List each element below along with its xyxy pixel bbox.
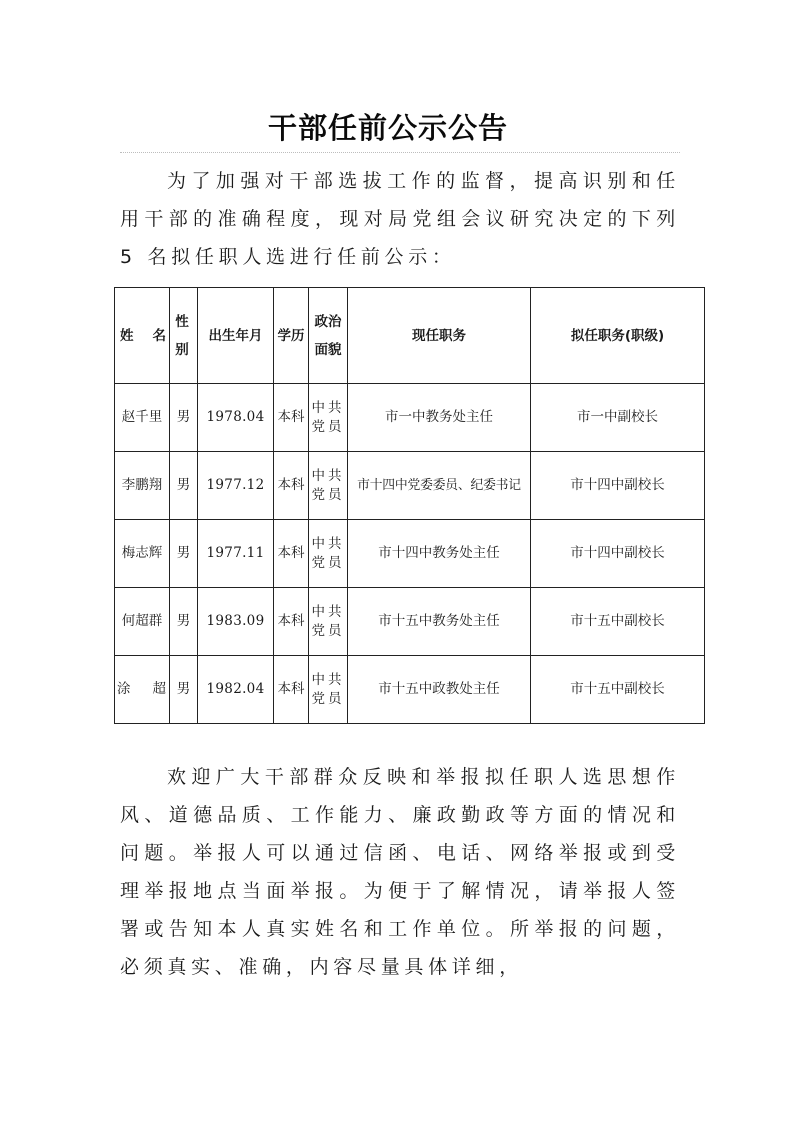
cell-birth: 1983.09	[198, 588, 274, 656]
cell-current-position: 市一中教务处主任	[348, 384, 531, 452]
cell-proposed-position: 市十四中副校长	[531, 452, 705, 520]
header-gender: 性 别	[170, 288, 198, 384]
header-education: 学历	[274, 288, 309, 384]
table-row: 李鹏翔 男 1977.12 本科 中共 党员 市十四中党委委员、纪委书记 市十四…	[115, 452, 705, 520]
table-row: 何超群 男 1983.09 本科 中共 党员 市十五中教务处主任 市十五中副校长	[115, 588, 705, 656]
header-name: 姓 名	[115, 288, 170, 384]
cell-name: 梅志辉	[115, 520, 170, 588]
cell-proposed-position: 市十五中副校长	[531, 588, 705, 656]
cell-education: 本科	[274, 656, 309, 724]
cell-name: 赵千里	[115, 384, 170, 452]
cell-birth: 1982.04	[198, 656, 274, 724]
cell-current-position: 市十五中政教处主任	[348, 656, 531, 724]
header-birth: 出生年月	[198, 288, 274, 384]
cell-politics: 中共 党员	[309, 452, 348, 520]
cell-name: 何超群	[115, 588, 170, 656]
cell-proposed-position: 市十四中副校长	[531, 520, 705, 588]
cell-current-position: 市十五中教务处主任	[348, 588, 531, 656]
cell-birth: 1978.04	[198, 384, 274, 452]
cell-gender: 男	[170, 588, 198, 656]
cell-education: 本科	[274, 384, 309, 452]
header-proposed-position: 拟任职务(职级)	[531, 288, 705, 384]
cell-current-position: 市十四中党委委员、纪委书记	[348, 452, 531, 520]
cell-politics: 中共 党员	[309, 656, 348, 724]
cell-gender: 男	[170, 520, 198, 588]
cell-education: 本科	[274, 452, 309, 520]
cell-current-position: 市十四中教务处主任	[348, 520, 531, 588]
table-row: 梅志辉 男 1977.11 本科 中共 党员 市十四中教务处主任 市十四中副校长	[115, 520, 705, 588]
table-header-row: 姓 名 性 别 出生年月 学历 政治 面貌 现任职务 拟任职务(职级)	[115, 288, 705, 384]
cell-proposed-position: 市十五中副校长	[531, 656, 705, 724]
cell-gender: 男	[170, 384, 198, 452]
closing-paragraph: 欢迎广大干部群众反映和举报拟任职人选思想作风、道德品质、工作能力、廉政勤政等方面…	[120, 758, 680, 986]
cell-gender: 男	[170, 452, 198, 520]
cell-politics: 中共 党员	[309, 520, 348, 588]
header-current-position: 现任职务	[348, 288, 531, 384]
cell-proposed-position: 市一中副校长	[531, 384, 705, 452]
cell-politics: 中共 党员	[309, 384, 348, 452]
cell-birth: 1977.11	[198, 520, 274, 588]
intro-paragraph: 为了加强对干部选拔工作的监督，提高识别和任用干部的准确程度，现对局党组会议研究决…	[120, 162, 680, 276]
candidate-table: 姓 名 性 别 出生年月 学历 政治 面貌 现任职务 拟任职务(职级) 赵千里 …	[114, 287, 705, 724]
cell-education: 本科	[274, 520, 309, 588]
document-title: 干部任前公示公告	[0, 106, 776, 150]
table-row: 赵千里 男 1978.04 本科 中共 党员 市一中教务处主任 市一中副校长	[115, 384, 705, 452]
cell-name: 涂 超	[115, 656, 170, 724]
cell-education: 本科	[274, 588, 309, 656]
table-row: 涂 超 男 1982.04 本科 中共 党员 市十五中政教处主任 市十五中副校长	[115, 656, 705, 724]
cell-birth: 1977.12	[198, 452, 274, 520]
header-politics: 政治 面貌	[309, 288, 348, 384]
cell-politics: 中共 党员	[309, 588, 348, 656]
title-divider	[120, 152, 680, 153]
cell-gender: 男	[170, 656, 198, 724]
cell-name: 李鹏翔	[115, 452, 170, 520]
